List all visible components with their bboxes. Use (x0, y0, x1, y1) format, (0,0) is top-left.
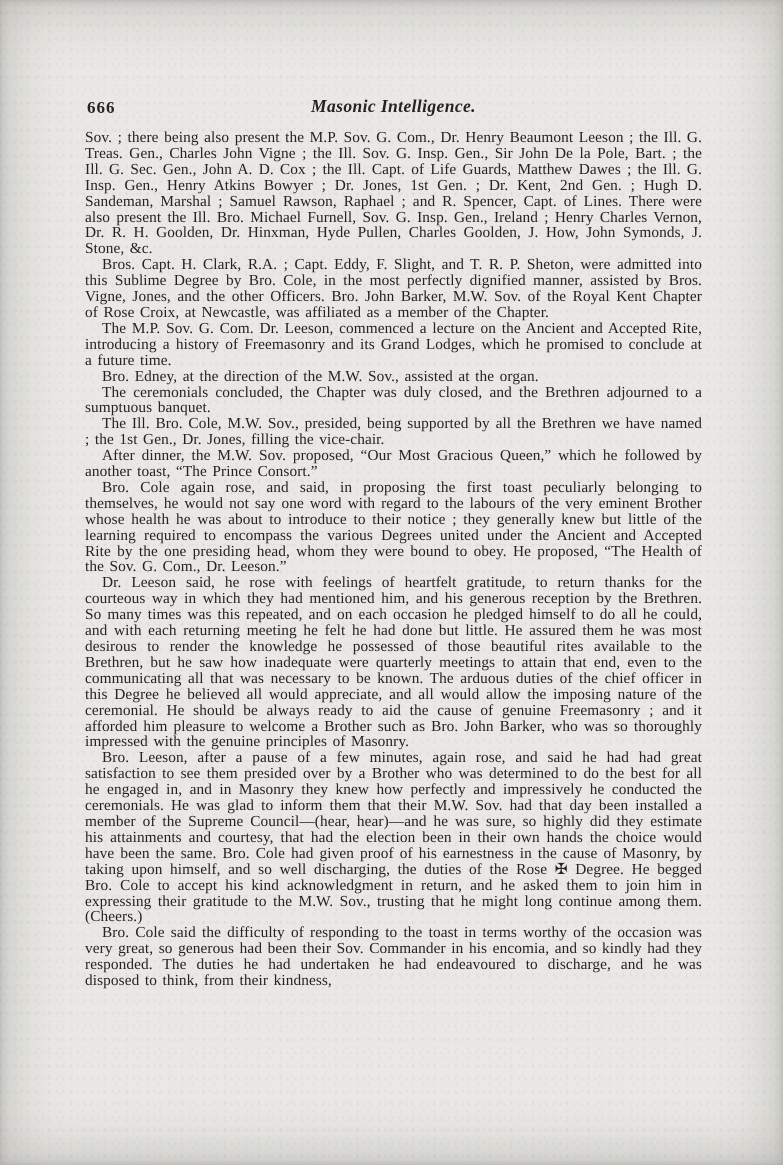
paragraph: The Ill. Bro. Cole, M.W. Sov., presided,… (85, 416, 702, 448)
scanned-page: 666 Masonic Intelligence. Sov. ; there b… (0, 0, 783, 1165)
paragraph: Bro. Cole again rose, and said, in propo… (85, 480, 702, 575)
running-title: Masonic Intelligence. (85, 96, 702, 117)
paragraph: The M.P. Sov. G. Com. Dr. Leeson, commen… (85, 321, 702, 369)
page-header: 666 Masonic Intelligence. (85, 96, 702, 130)
paragraph: Bro. Cole said the difficulty of respond… (85, 925, 702, 989)
paragraph: Bro. Leeson, after a pause of a few minu… (85, 750, 702, 925)
paragraph: Bros. Capt. H. Clark, R.A. ; Capt. Eddy,… (85, 257, 702, 321)
page-number: 666 (87, 98, 116, 118)
paragraph: The ceremonials concluded, the Chapter w… (85, 385, 702, 417)
paragraph: Sov. ; there being also present the M.P.… (85, 130, 702, 257)
article-text: Sov. ; there being also present the M.P.… (85, 130, 702, 989)
page-content: 666 Masonic Intelligence. Sov. ; there b… (85, 96, 702, 989)
paragraph: After dinner, the M.W. Sov. proposed, “O… (85, 448, 702, 480)
paragraph: Bro. Edney, at the direction of the M.W.… (85, 369, 702, 385)
paragraph: Dr. Leeson said, he rose with feelings o… (85, 575, 702, 750)
